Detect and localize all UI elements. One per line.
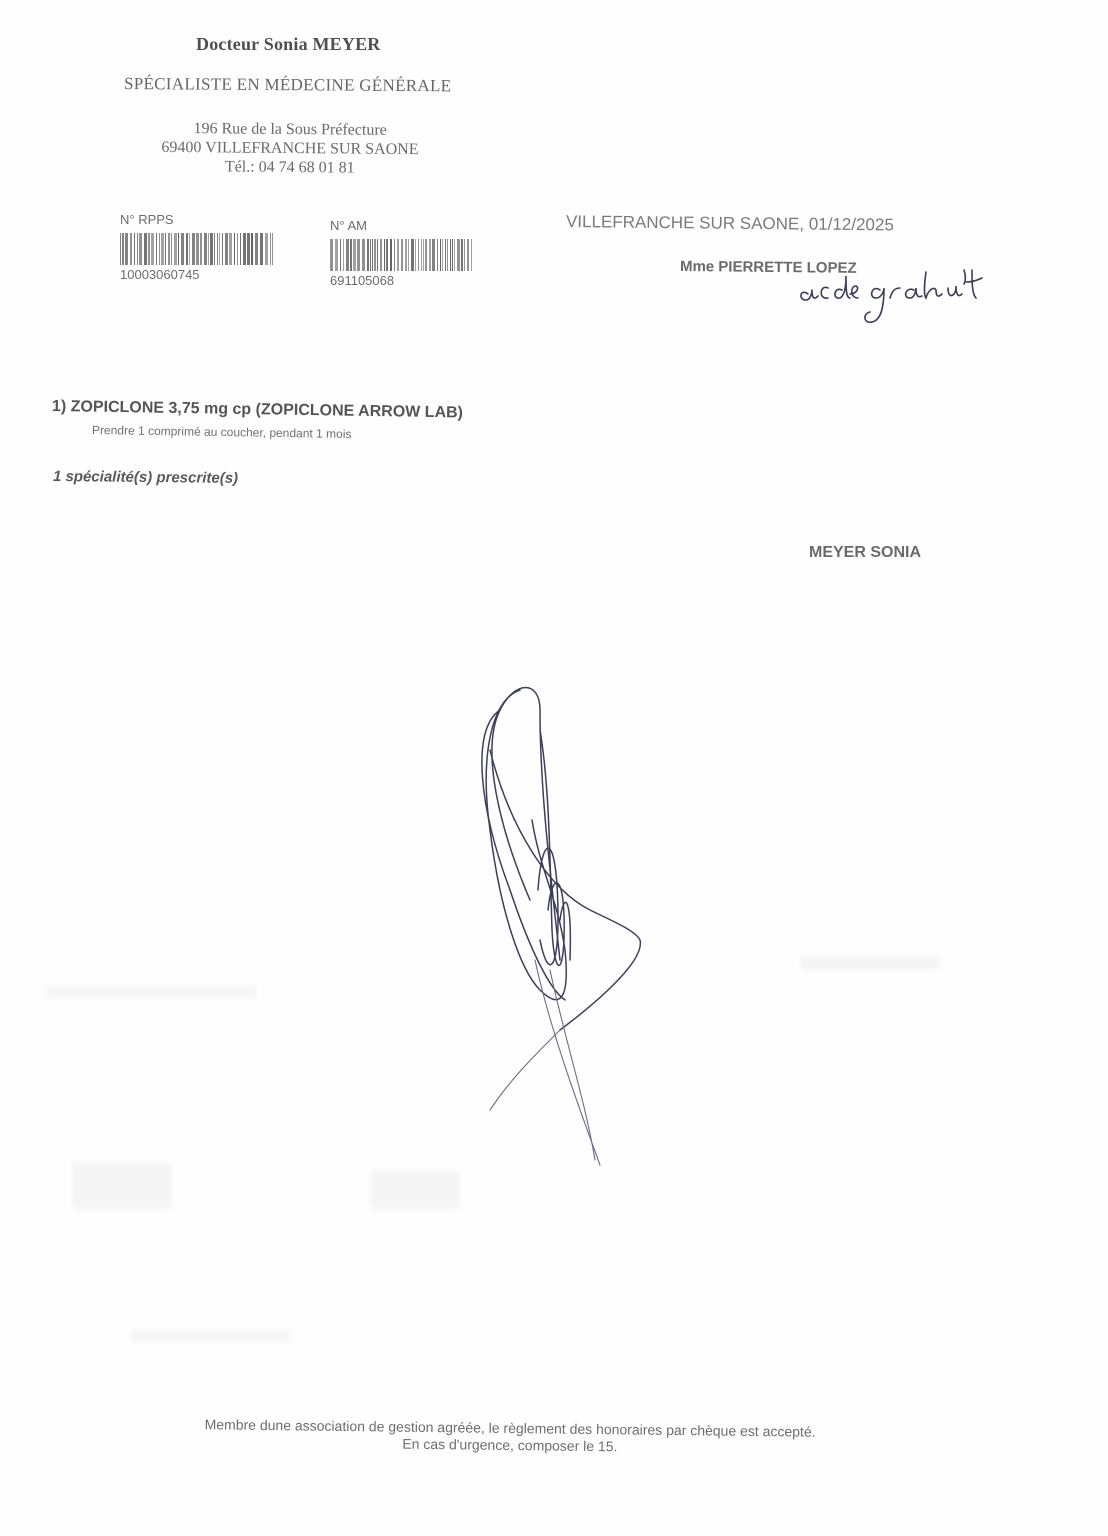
handwritten-note-acte-gratuit: acte gratuit	[796, 268, 986, 338]
bleed-through-mark	[130, 1330, 290, 1342]
barcode-icon	[330, 239, 474, 271]
bleed-through-mark	[46, 986, 256, 998]
address-line-2: 69400 VILLEFRANCHE SUR SAONE	[140, 138, 440, 160]
doctor-specialty: SPÉCIALISTE EN MÉDECINE GÉNÉRALE	[124, 74, 452, 96]
bleed-through-mark	[800, 956, 940, 970]
rpps-number: 10003060745	[120, 267, 275, 282]
doctor-address: 196 Rue de la Sous Préfecture 69400 VILL…	[140, 119, 440, 179]
bleed-through-mark	[72, 1162, 172, 1210]
prescription-instruction: Prendre 1 comprimé au coucher, pendant 1…	[92, 423, 352, 441]
rpps-label: N° RPPS	[120, 212, 275, 227]
place-and-date: VILLEFRANCHE SUR SAONE, 01/12/2025	[566, 212, 894, 235]
barcode-icon	[120, 233, 275, 265]
doctor-name: Docteur Sonia MEYER	[196, 34, 380, 55]
prescription-count: 1 spécialité(s) prescrite(s)	[53, 468, 238, 487]
footer-note: Membre dune association de gestion agréé…	[130, 1415, 890, 1458]
rpps-block: N° RPPS 10003060745	[120, 212, 275, 282]
prescription-drug: ZOPICLONE 3,75 mg cp (ZOPICLONE ARROW LA…	[71, 398, 464, 421]
phone-number: Tél.: 04 74 68 01 81	[140, 157, 440, 179]
prescription-page: Docteur Sonia MEYER SPÉCIALISTE EN MÉDEC…	[0, 0, 1108, 1536]
handwritten-signature-icon	[440, 670, 680, 1180]
prescription-index: 1)	[52, 398, 66, 415]
am-number: 691105068	[330, 273, 474, 288]
am-block: N° AM 691105068	[330, 218, 474, 288]
am-label: N° AM	[330, 218, 474, 233]
address-line-1: 196 Rue de la Sous Préfecture	[140, 119, 440, 141]
signer-name: MEYER SONIA	[809, 544, 921, 562]
prescription-item: 1) ZOPICLONE 3,75 mg cp (ZOPICLONE ARROW…	[52, 398, 463, 422]
